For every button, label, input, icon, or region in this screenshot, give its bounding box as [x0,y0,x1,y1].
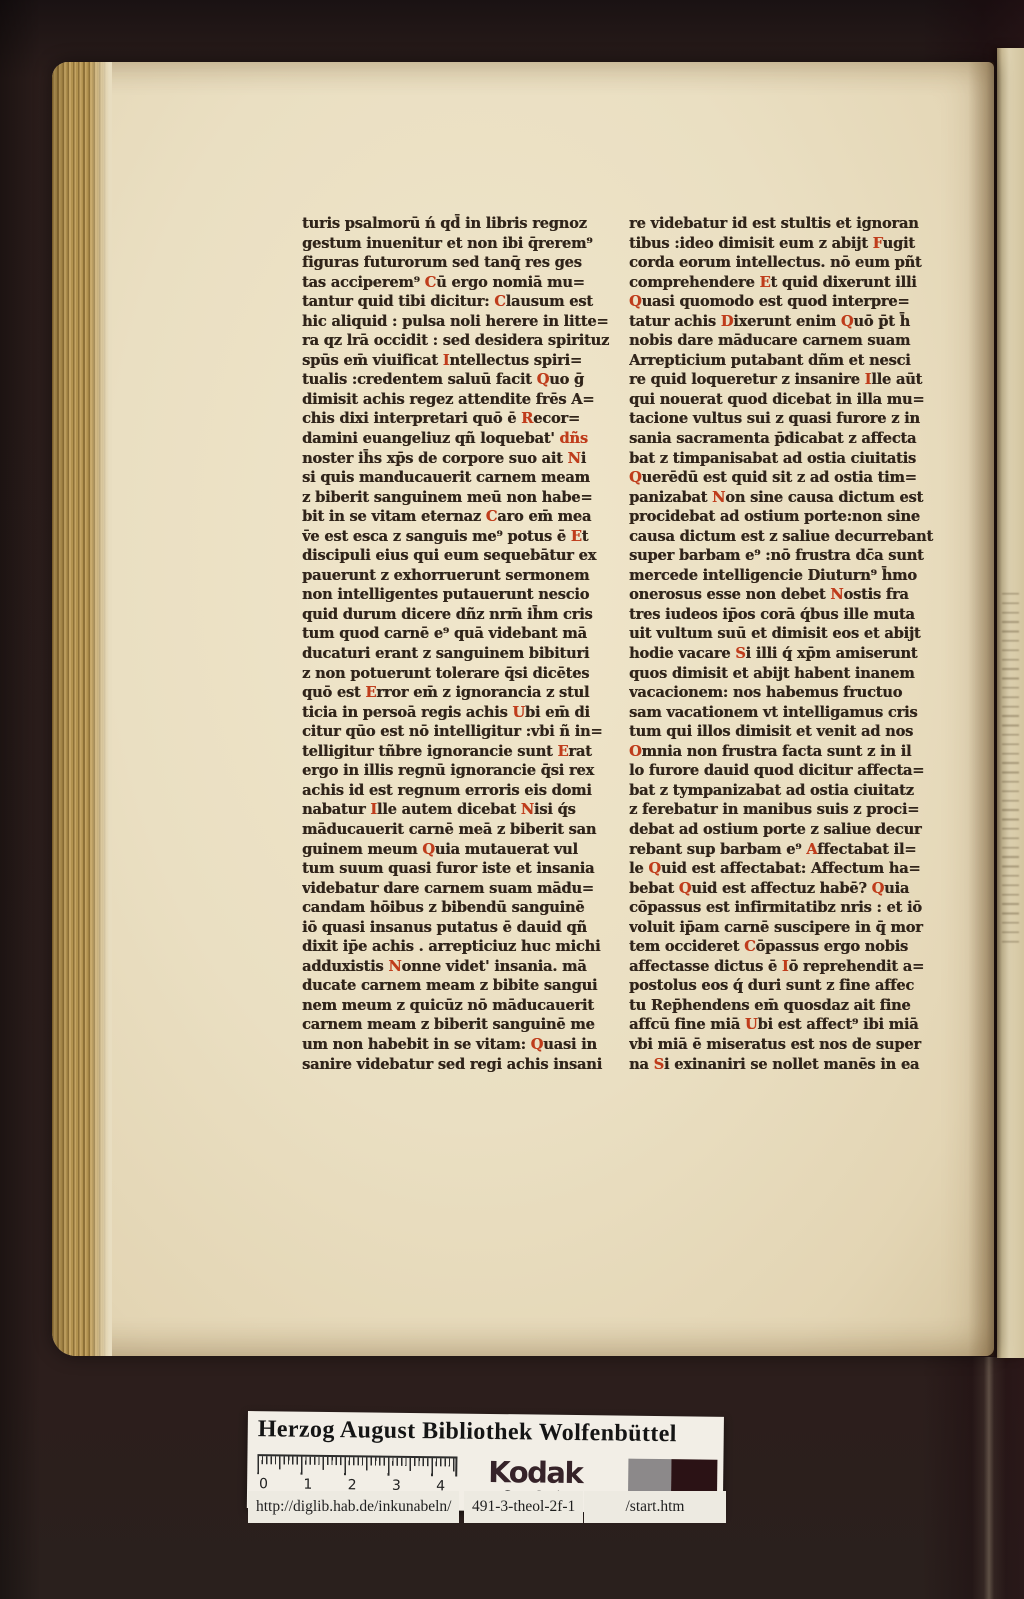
text-line: Quasi quomodo est quod interpre= [629,292,941,312]
start-page-text: /start.htm [584,1491,726,1523]
cm-ruler: 0 1 2 3 4 [257,1454,457,1494]
text-line: chis dixi interpretari quō ē Recor= [302,409,614,429]
text-line: māducauerit carnē meā z biberit san [302,820,614,840]
library-label-title: Herzog August Bibliothek Wolfenbüttel [258,1416,724,1449]
facing-page-showthrough [1002,593,1019,943]
digitization-url-bar: http://diglib.hab.de/inkunabeln/ 491-3-t… [248,1491,724,1525]
text-line: Querēdū est quid sit z ad ostia tim= [629,468,941,488]
text-line: comprehendere Et quid dixerunt illi [629,273,941,293]
text-line: sania sacramenta p̄dicabat z affecta [629,429,941,449]
text-line: nobis dare māducare carnem suam [629,331,941,351]
text-line: le Quid est affectabat: Affectum ha= [629,859,941,879]
text-line: nabatur Ille autem dicebat Nisi q́s [302,800,614,820]
text-line: tres iudeos ip̄os corā q́bus ille muta [629,605,941,625]
text-line: rebant sup barbam e⁹ Affectabat il= [629,840,941,860]
text-line: dixit ip̄e achis . arrepticiuz huc michi [302,937,614,957]
text-line: re quid loqueretur z insanire Ille aūt [629,370,941,390]
text-line: sanire videbatur sed regi achis insani [302,1055,614,1075]
text-line: bat z timpanisabat ad ostia ciuitatis [629,449,941,469]
text-line: guinem meum Quia mutauerat vul [302,840,614,860]
text-line: corda eorum intellectus. nō eum pñt [629,253,941,273]
text-line: tualis :credentem saluū facit Quo ḡ [302,370,614,390]
text-line: tantur quid tibi dicitur: Clausum est [302,292,614,312]
text-line: telligitur tñbre ignorancie sunt Erat [302,742,614,762]
text-line: bit in se vitam eternaz Caro em̄ mea [302,507,614,527]
text-line: z ferebatur in manibus suis z proci= [629,800,941,820]
ruler-number: 0 [259,1476,268,1492]
text-line: tacione vultus sui z quasi furore z in [629,409,941,429]
text-line: ergo in illis regnū ignorancie q̄si rex [302,761,614,781]
text-line: spūs em̄ viuificat Intellectus spiri= [302,351,614,371]
text-line: sam vacationem vt intelligamus cris [629,703,941,723]
shelfmark-text: 491-3-theol-2f-1 [464,1491,583,1523]
text-line: iō quasi insanus putatus ē dauid qñ [302,918,614,938]
facing-page-edge [997,48,1024,1358]
text-line: discipuli eius qui eum sequebātur ex [302,546,614,566]
text-line: lo furore dauid quod dicitur affecta= [629,761,941,781]
text-line: tum qui illos dimisit et venit ad nos [629,722,941,742]
text-line: z biberit sanguinem meū non habe= [302,488,614,508]
text-line: Arrepticium putabant dñm et nesci [629,351,941,371]
text-line: damini euangeliuz qñ loquebat' dñs [302,429,614,449]
text-line: hic aliquid : pulsa noli herere in litte… [302,312,614,332]
text-line: dimisit achis regez attendite frēs A= [302,390,614,410]
book-page: turis psalmorū ń qd̄ in libris regnozges… [52,62,994,1356]
text-line: bat z tympanizabat ad ostia ciuitatz [629,781,941,801]
text-line: candam hōibus z bibendū sanguinē [302,898,614,918]
text-line: non intelligentes putauerunt nescio [302,585,614,605]
text-line: tas acciperem⁹ Cū ergo nomiā mu= [302,273,614,293]
text-line: tem occideret Cōpassus ergo nobis [629,937,941,957]
text-line: panizabat Non sine causa dictum est [629,488,941,508]
binding-seam [972,1357,1006,1599]
kodak-logo: Kodak [473,1457,597,1489]
text-line: qui nouerat quod dicebat in illa mu= [629,390,941,410]
text-line: tibus :ideo dimisit eum z abijt Fugit [629,234,941,254]
text-line: onerosus esse non debet Nostis fra [629,585,941,605]
text-line: pauerunt z exhorruerunt sermonem [302,566,614,586]
text-line: debat ad ostium porte z saliue decur [629,820,941,840]
text-line: vbi miā ē miseratus est nos de super [629,1035,941,1055]
text-line: ducaturi erant z sanguinem bibituri [302,644,614,664]
text-line: adduxistis Nonne videt' insania. mā [302,957,614,977]
text-line: tatur achis Dixerunt enim Quō p̄t h̄ [629,312,941,332]
left-text-column: turis psalmorū ń qd̄ in libris regnozges… [302,214,614,1074]
text-line: hodie vacare Si illi q́ xp̄m amiserunt [629,644,941,664]
text-line: ra qz lrā occidit : sed desidera spiritu… [302,331,614,351]
photo-stage: turis psalmorū ń qd̄ in libris regnozges… [0,0,1024,1599]
text-line: si quis manducauerit carnem meam [302,468,614,488]
text-line: re videbatur id est stultis et ignoran [629,214,941,234]
text-line: procidebat ad ostium porte:non sine [629,507,941,527]
text-line: achis id est regnum erroris eis domi [302,781,614,801]
text-line: tum quod carnē e⁹ quā videbant mā [302,624,614,644]
text-line: noster ih̄s xp̄s de corpore suo ait Ni [302,449,614,469]
text-line: turis psalmorū ń qd̄ in libris regnoz [302,214,614,234]
text-line: quō est Error em̄ z ignorancia z stul [302,683,614,703]
text-line: affcū fine miā Ubi est affect⁹ ibi miā [629,1015,941,1035]
text-line: super barbam e⁹ :nō frustra dc̄a sunt [629,546,941,566]
gutter-shadow [968,62,994,1356]
text-line: causa dictum est z saliue decurrebant [629,527,941,547]
text-line: tum suum quasi furor iste et insania [302,859,614,879]
text-line: bebat Quid est affectuz habē? Quia [629,879,941,899]
right-text-column: re videbatur id est stultis et ignoranti… [629,214,941,1074]
text-line: tu Rep̄hendens em̄ quosdaz ait fine [629,996,941,1016]
text-line: citur qūo est nō intelligitur :vbi ñ in= [302,722,614,742]
ruler-ticks [257,1454,457,1476]
text-line: postolus eos q́ duri sunt z fine affec [629,976,941,996]
base-url-text: http://diglib.hab.de/inkunabeln/ [248,1491,459,1523]
text-block: turis psalmorū ń qd̄ in libris regnozges… [302,214,941,1074]
text-line: ticia in persoā regis achis Ubi em̄ di [302,703,614,723]
text-line: Omnia non frustra facta sunt z in il [629,742,941,762]
text-line: carnem meam z biberit sanguinē me [302,1015,614,1035]
text-line: figuras futurorum sed tanq̄ res ges [302,253,614,273]
text-line: quos dimisit et abijt habent inanem [629,664,941,684]
text-line: cōpassus est infirmitatibz nris : et iō [629,898,941,918]
text-line: uit vultum suū et dimisit eos et abijt [629,624,941,644]
text-line: z non potuerunt tolerare q̄si dicētes [302,664,614,684]
text-line: v̄e est esca z sanguis me⁹ potus ē Et [302,527,614,547]
text-line: ducate carnem meam z bibite sangui [302,976,614,996]
text-line: um non habebit in se vitam: Quasi in [302,1035,614,1055]
text-line: mercede intelligencie Diuturn⁹ h̄mo [629,566,941,586]
text-line: affectasse dictus ē Iō reprehendit a= [629,957,941,977]
text-line: vacacionem: nos habemus fructuo [629,683,941,703]
text-line: quid durum dicere dñz nrm̄ ih̄m cris [302,605,614,625]
page-fore-edge [52,62,112,1356]
text-line: nem meum z quicūz nō māducauerit [302,996,614,1016]
text-line: na Si exinaniri se nollet manēs in ea [629,1055,941,1075]
text-line: voluit ip̄am carnē suscipere in q̄ mor [629,918,941,938]
text-line: videbatur dare carnem suam mādu= [302,879,614,899]
text-line: gestum inuenitur et non ibi q̄rerem⁹ [302,234,614,254]
